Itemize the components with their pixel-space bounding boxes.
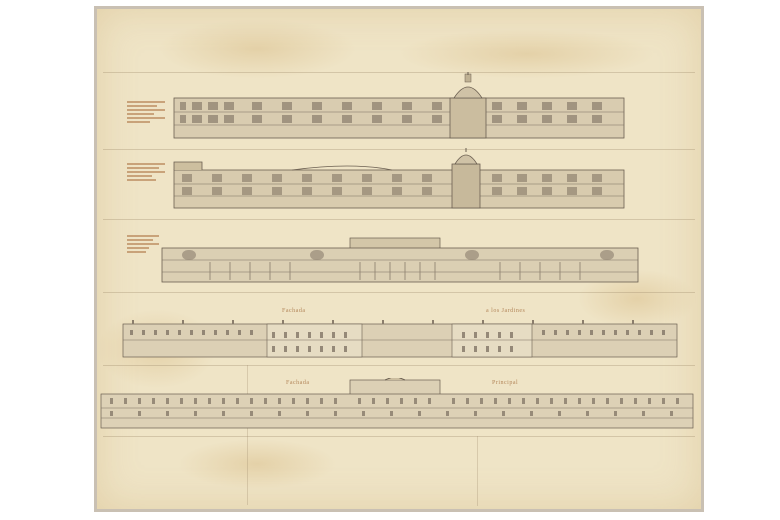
caption: Fachada — [282, 308, 306, 314]
sheet-seam — [103, 436, 695, 437]
legend-block — [127, 161, 165, 183]
legend-block — [127, 99, 165, 125]
sheet-seam — [103, 292, 695, 293]
section-drawing-3 — [160, 236, 640, 284]
elevation-drawing-1 — [122, 318, 678, 358]
section-drawing-1 — [172, 72, 626, 140]
sheet-seam — [103, 219, 695, 220]
stain — [177, 439, 337, 489]
stain — [157, 19, 357, 79]
elevation-drawing-2 — [100, 378, 694, 430]
sheet-seam — [103, 365, 695, 366]
section-drawing-2 — [172, 148, 626, 210]
caption: a los Jardines — [486, 308, 525, 314]
sheet-seam — [477, 436, 478, 506]
legend-block — [127, 233, 159, 255]
